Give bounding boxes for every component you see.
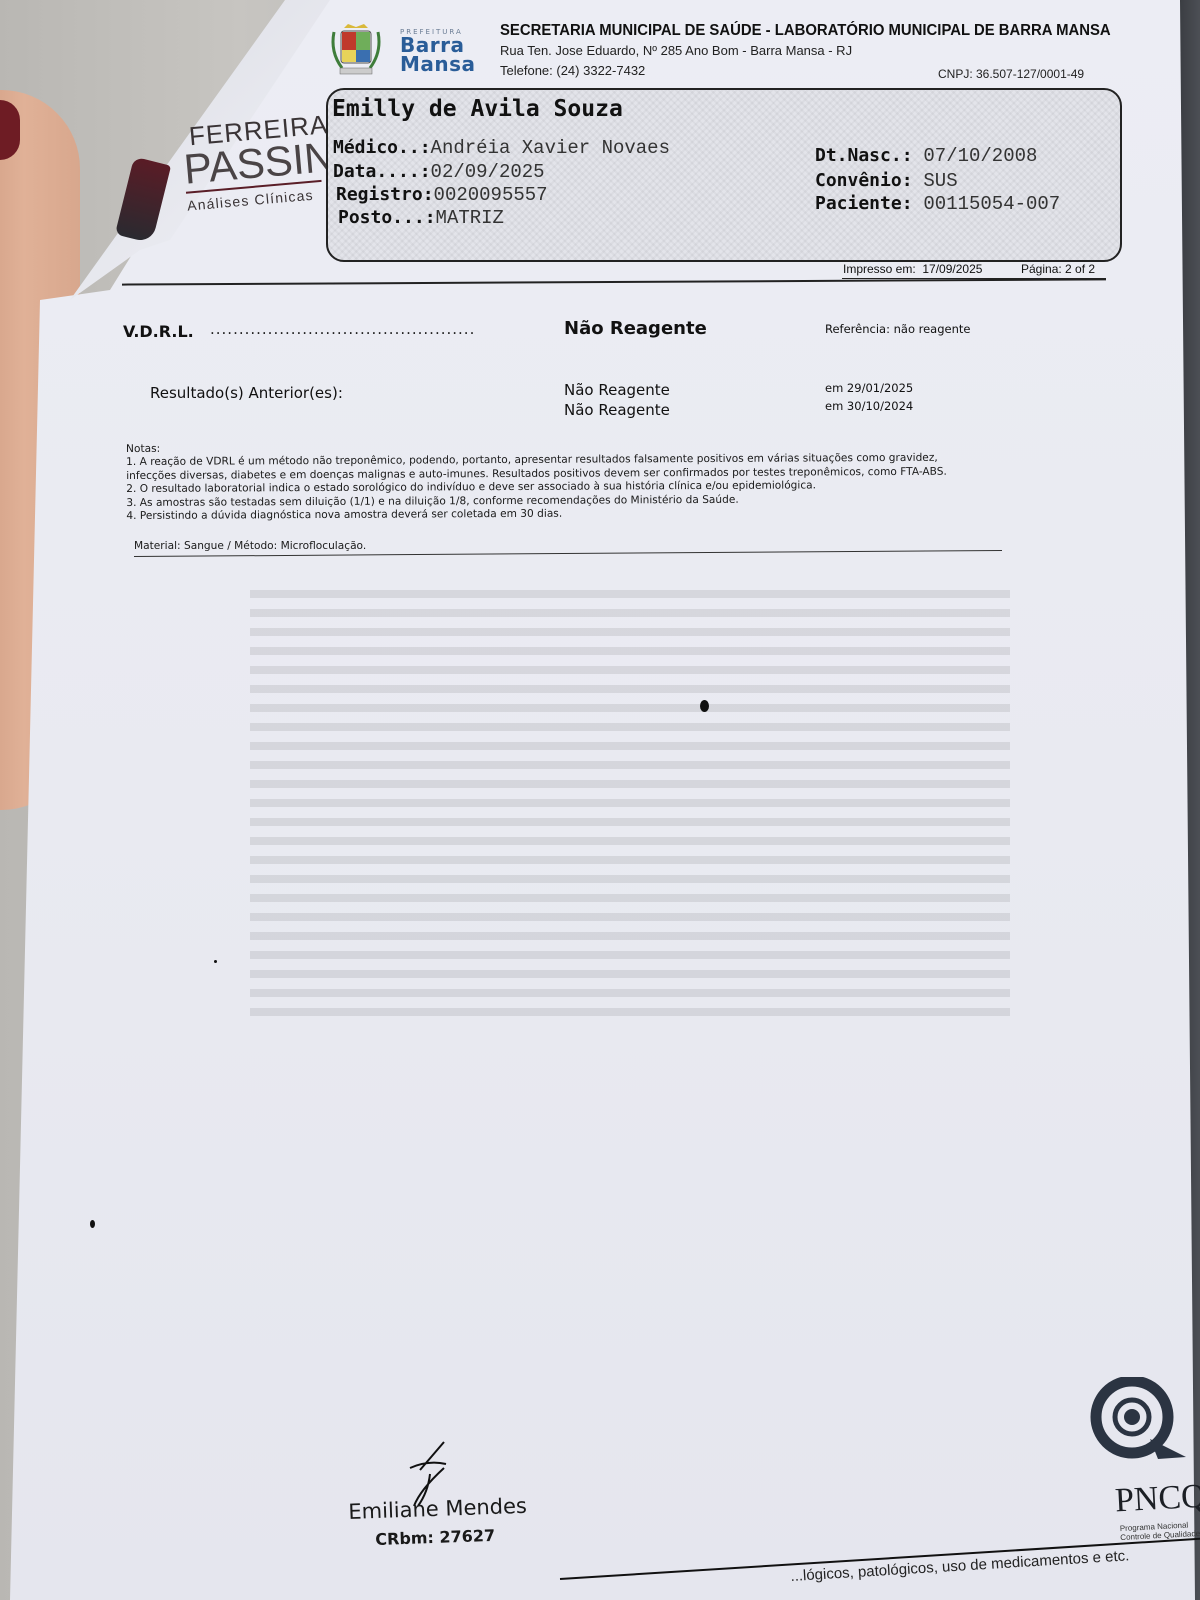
field-value: MATRIZ: [436, 207, 504, 229]
previous-result-date: em 30/10/2024: [825, 399, 913, 413]
field-value: SUS: [923, 170, 957, 192]
field-value: 02/09/2025: [431, 161, 545, 183]
field-data: Data....:02/09/2025: [333, 161, 545, 183]
material-method: Material: Sangue / Método: Microfloculaç…: [134, 540, 366, 552]
previous-results-label: Resultado(s) Anterior(es):: [150, 384, 343, 402]
printed-value: 17/09/2025: [922, 262, 982, 276]
ink-speck: [700, 700, 709, 712]
bleed-through-text: [250, 590, 1010, 1020]
exam-leader-dots: ........................................…: [210, 320, 475, 338]
field-label: Registro:: [336, 184, 434, 205]
exam-notes: Notas: 1. A reação de VDRL é um método n…: [126, 438, 1026, 523]
field-value: 07/10/2008: [923, 145, 1037, 167]
field-value: Andréia Xavier Novaes: [431, 137, 670, 159]
pncq-logo-icon: [1088, 1377, 1188, 1465]
lab-logo-mark-icon: [115, 157, 171, 244]
coat-of-arms-icon: [326, 22, 386, 78]
field-label: Data....:: [333, 161, 431, 182]
printed-label: Impresso em:: [843, 262, 916, 276]
page-number: Página: 2 of 2: [1021, 262, 1095, 276]
previous-result-value: Não Reagente: [564, 381, 670, 399]
field-value: 00115054-007: [923, 193, 1060, 215]
lab-phone: Telefone: (24) 3322-7432: [500, 63, 645, 78]
pncq-name: PNCQ: [1114, 1478, 1200, 1521]
page-value: 2 of 2: [1065, 262, 1095, 276]
lab-cnpj: CNPJ: 36.507-127/0001-49: [938, 67, 1084, 81]
previous-result-value: Não Reagente: [564, 401, 670, 419]
field-convenio: Convênio: SUS: [815, 170, 958, 192]
lab-logo-line2: PASSINI: [182, 136, 347, 190]
header-divider: [122, 278, 1106, 285]
lab-logo: FERREIRA PASSINI Análises Clínicas: [180, 110, 350, 214]
previous-result-date: em 29/01/2025: [825, 381, 913, 395]
field-label: Posto...:: [338, 207, 436, 228]
field-label: Paciente:: [815, 193, 913, 214]
lab-address: Rua Ten. Jose Eduardo, Nº 285 Ano Bom - …: [500, 43, 852, 58]
prefecture-name: Barra Mansa: [400, 36, 476, 74]
ink-speck: [90, 1220, 95, 1228]
field-registro: Registro:0020095557: [336, 184, 548, 206]
patient-name: Emilly de Avila Souza: [332, 96, 623, 122]
page-label: Página:: [1021, 262, 1062, 276]
field-label: Dt.Nasc.:: [815, 145, 913, 166]
report-content: PREFEITURA Barra Mansa SECRETARIA MUNICI…: [0, 0, 1200, 1600]
field-medico: Médico..:Andréia Xavier Novaes: [333, 137, 670, 159]
printed-date: Impresso em: 17/09/2025: [843, 262, 982, 276]
exam-name: V.D.R.L.: [123, 322, 194, 341]
field-dt-nasc: Dt.Nasc.: 07/10/2008: [815, 145, 1037, 167]
field-paciente: Paciente: 00115054-007: [815, 193, 1060, 215]
field-value: 0020095557: [434, 184, 548, 206]
lab-title: SECRETARIA MUNICIPAL DE SAÚDE - LABORATÓ…: [500, 22, 1111, 40]
signature-name: Emiliane Mendes: [348, 1494, 527, 1524]
field-label: Médico..:: [333, 137, 431, 158]
signature-registration: CRbm: 27627: [375, 1526, 495, 1549]
ink-speck: [214, 960, 217, 963]
field-posto: Posto...:MATRIZ: [338, 207, 504, 229]
prefecture-name-line2: Mansa: [400, 55, 476, 74]
exam-reference: Referência: não reagente: [825, 322, 970, 336]
exam-result: Não Reagente: [564, 318, 707, 339]
field-label: Convênio:: [815, 170, 913, 191]
